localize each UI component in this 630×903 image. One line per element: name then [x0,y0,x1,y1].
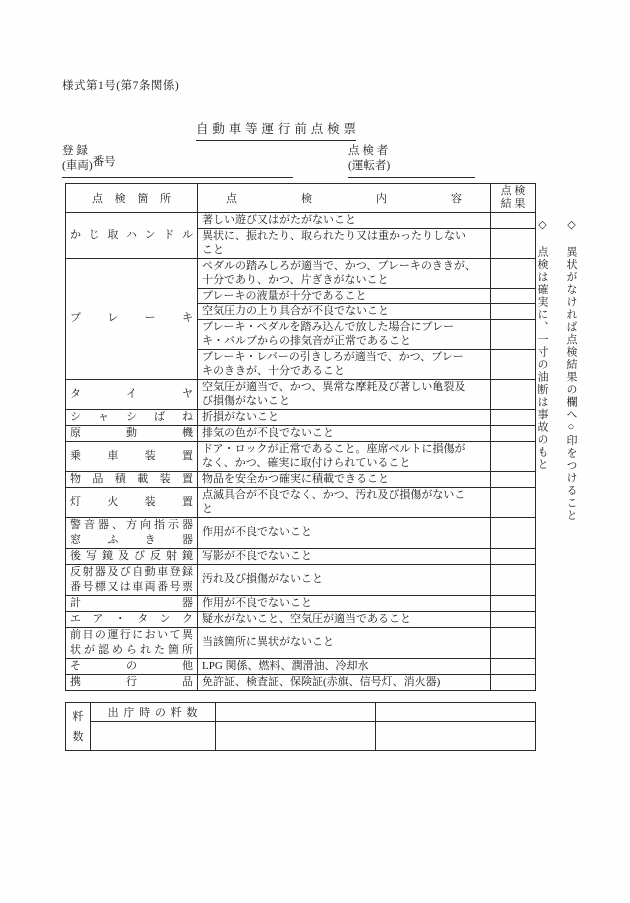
mileage-table: 粁 数 出 庁 時 の 粁 数 [65,702,536,751]
table-row: か じ 取 ハ ン ド ル 著しい遊び又はがたがないこと [66,213,536,229]
inspection-result-cell[interactable] [491,517,536,548]
table-row: 計 器 作用が不良でないこと [66,595,536,611]
inspection-result-cell[interactable] [491,349,536,379]
inspector-field: 点 検 者 (運転者) [348,144,475,178]
registration-label: 登 録 (車両) [62,144,93,174]
header-content: 点 検 内 容 [198,184,491,213]
inspection-result-cell[interactable] [491,258,536,288]
inspection-item-cell: 免許証、検査証、保険証(赤旗、信号灯、消火器) [198,674,491,690]
inspection-item-cell: 空気圧が適当で、かつ、異常な摩耗及び著しい亀裂及 び損傷がないこと [198,379,491,409]
inspection-location-cell: 乗 車 装 置 [66,441,198,471]
inspection-table-header-row: 点 検 箇 所 点 検 内 容 点 検 結 果 [66,184,536,213]
inspection-result-cell[interactable] [491,441,536,471]
inspection-result-cell[interactable] [491,595,536,611]
inspection-result-cell[interactable] [491,319,536,349]
inspection-result-cell[interactable] [491,627,536,658]
inspection-item-cell: 折損がないこと [198,409,491,425]
inspection-result-cell[interactable] [491,304,536,320]
mileage-value-cell[interactable] [216,703,376,722]
form-number: 様式第1号(第7条関係) [62,77,179,93]
table-row: 携 行 品 免許証、検査証、保険証(赤旗、信号灯、消火器) [66,674,536,690]
inspection-result-cell[interactable] [491,487,536,517]
inspection-location-cell: か じ 取 ハ ン ド ル [66,213,198,259]
inspection-result-cell[interactable] [491,658,536,674]
inspection-result-cell[interactable] [491,228,536,258]
inspection-item-cell: 疑水がないこと、空気圧が適当であること [198,611,491,627]
inspection-item-cell: 作用が不良でないこと [198,595,491,611]
mileage-value-cell[interactable] [376,722,536,751]
header-location: 点 検 箇 所 [66,184,198,213]
table-row: 警音器、方向指示器 窓 ふ き 器 作用が不良でないこと [66,517,536,548]
inspection-result-cell[interactable] [491,213,536,229]
inspection-table: 点 検 箇 所 点 検 内 容 点 検 結 果 か じ 取 ハ ン ド ル 著し… [65,183,536,691]
inspection-location-cell: 携 行 品 [66,674,198,690]
inspection-item-cell: 著しい遊び又はがたがないこと [198,213,491,229]
inspection-location-cell: 計 器 [66,595,198,611]
inspection-item-cell: 点滅具合が不良でなく、かつ、汚れ及び損傷がないこ と [198,487,491,517]
inspector-label: 点 検 者 (運転者) [348,144,390,174]
table-row: 後 写 鏡 及 び 反 射 鏡 写影が不良でないこと [66,548,536,564]
inspection-item-cell: LPG 関係、燃料、潤滑油、冷却水 [198,658,491,674]
inspection-item-cell: ドア・ロックが正常であること。座席ベルトに損傷が なく、かつ、確実に取付けられて… [198,441,491,471]
inspection-item-cell: ブレーキ・ペダルを踏み込んで放した場合にブレー キ・バルブからの排気音が正常であ… [198,319,491,349]
inspection-location-cell: 原 動 機 [66,425,198,441]
registration-value-input[interactable] [116,144,293,177]
inspection-location-cell: 物 品 積 載 装 置 [66,471,198,487]
table-row: タ イ ヤ 空気圧が適当で、かつ、異常な摩耗及び著しい亀裂及 び損傷がないこと [66,379,536,409]
inspection-location-cell: 後 写 鏡 及 び 反 射 鏡 [66,548,198,564]
inspection-location-cell: エ ア ・ タ ン ク [66,611,198,627]
inspection-result-cell[interactable] [491,611,536,627]
inspection-item-cell: ブレーキの液量が十分であること [198,288,491,304]
inspection-result-cell[interactable] [491,674,536,690]
inspection-result-cell[interactable] [491,288,536,304]
table-row: そ の 他 LPG 関係、燃料、潤滑油、冷却水 [66,658,536,674]
inspection-result-cell[interactable] [491,425,536,441]
inspection-item-cell: ペダルの踏みしろが適当で、かつ、ブレーキのききが、 十分であり、かつ、片ぎきがな… [198,258,491,288]
table-row: 前日の運行において異 状が認められた箇所 当該箇所に異状がないこと [66,627,536,658]
registration-number-field: 登 録 (車両) 番号 [62,144,293,178]
inspection-item-cell: 写影が不良でないこと [198,548,491,564]
mileage-value-cell[interactable] [376,703,536,722]
mileage-value-cell[interactable] [216,722,376,751]
registration-label-line1: 登 録 [62,144,93,159]
table-row: 灯 火 装 置 点滅具合が不良でなく、かつ、汚れ及び損傷がないこ と [66,487,536,517]
inspection-location-cell: ブ レ ー キ [66,258,198,379]
inspection-result-cell[interactable] [491,409,536,425]
inspection-item-cell: 汚れ及び損傷がないこと [198,564,491,595]
inspection-location-cell: 反射器及び自動車登録 番号標又は車両番号票 [66,564,198,595]
inspection-location-cell: シ ャ シ ば ね [66,409,198,425]
inspection-location-cell: そ の 他 [66,658,198,674]
table-row: シ ャ シ ば ね 折損がないこと [66,409,536,425]
side-note-be-thorough: ◇ 点検は確実に、一寸の油断は事故のもと [535,218,549,548]
inspection-result-cell[interactable] [491,379,536,409]
side-note-mark-result: ◇ 異状がなければ点検結果の欄へ○印をつけること [564,218,578,548]
registration-label-line2: (車両) [62,159,93,174]
table-row: ブ レ ー キ ペダルの踏みしろが適当で、かつ、ブレーキのききが、 十分であり、… [66,258,536,288]
table-row: 物 品 積 載 装 置 物品を安全かつ確実に積載できること [66,471,536,487]
mileage-row [66,722,536,751]
inspection-item-cell: 当該箇所に異状がないこと [198,627,491,658]
inspection-location-cell: 前日の運行において異 状が認められた箇所 [66,627,198,658]
inspection-result-cell[interactable] [491,471,536,487]
inspection-item-cell: 空気圧力の上り具合が不良でないこと [198,304,491,320]
mileage-row-label: 粁 数 [66,703,91,751]
inspection-result-cell[interactable] [491,564,536,595]
inspector-value-input[interactable] [390,144,475,177]
inspector-label-line2: (運転者) [348,159,390,174]
table-row: 原 動 機 排気の色が不良でないこと [66,425,536,441]
inspection-location-cell: タ イ ヤ [66,379,198,409]
inspection-item-cell: 異状に、振れたり、取られたり又は重かったりしない こと [198,228,491,258]
mileage-row: 粁 数 出 庁 時 の 粁 数 [66,703,536,722]
header-result: 点 検 結 果 [491,184,536,213]
table-row: 乗 車 装 置 ドア・ロックが正常であること。座席ベルトに損傷が なく、かつ、確… [66,441,536,471]
registration-label-suffix: 番号 [93,153,116,169]
inspection-item-cell: 物品を安全かつ確実に積載できること [198,471,491,487]
inspection-item-cell: ブレーキ・レバーの引きしろが適当で、かつ、ブレー キのききが、十分であること [198,349,491,379]
table-row: エ ア ・ タ ン ク 疑水がないこと、空気圧が適当であること [66,611,536,627]
inspector-label-line1: 点 検 者 [348,144,390,159]
inspection-item-cell: 作用が不良でないこと [198,517,491,548]
mileage-departure-label: 出 庁 時 の 粁 数 [91,703,216,722]
inspection-form-page: 様式第1号(第7条関係) 自 動 車 等 運 行 前 点 検 票 登 録 (車両… [0,0,630,903]
mileage-label-cell[interactable] [91,722,216,751]
inspection-item-cell: 排気の色が不良でないこと [198,425,491,441]
table-row: 反射器及び自動車登録 番号標又は車両番号票 汚れ及び損傷がないこと [66,564,536,595]
inspection-result-cell[interactable] [491,548,536,564]
page-title: 自 動 車 等 運 行 前 点 検 票 [196,119,356,141]
inspection-location-cell: 警音器、方向指示器 窓 ふ き 器 [66,517,198,548]
inspection-location-cell: 灯 火 装 置 [66,487,198,517]
